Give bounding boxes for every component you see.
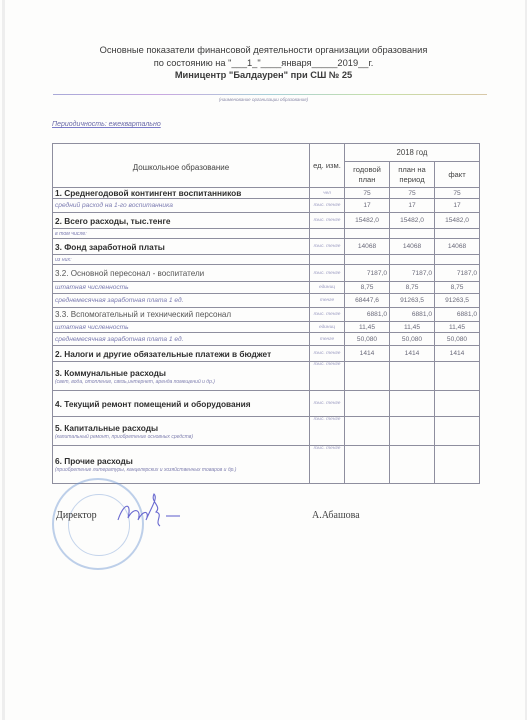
director-label: Директор	[56, 510, 97, 521]
table-row: 4. Текущий ремонт помещений и оборудован…	[53, 391, 480, 417]
row-label: 3.2. Основной пересонал - воспитатели	[53, 265, 310, 282]
cell-period	[390, 391, 435, 417]
cell-fact	[435, 362, 480, 391]
cell-fact: 75	[435, 188, 480, 199]
cell-period	[390, 229, 435, 239]
cell-annual	[345, 446, 390, 484]
cell-fact: 50,080	[435, 333, 480, 346]
cell-period: 50,080	[390, 333, 435, 346]
row-unit: единиц	[310, 322, 345, 333]
cell-fact: 14068	[435, 239, 480, 255]
header-fact: факт	[435, 162, 480, 188]
row-unit: тыс. тенге	[310, 239, 345, 255]
table-row: 3.2. Основной пересонал - воспитателитыс…	[53, 265, 480, 282]
row-label: 2. Налоги и другие обязательные платежи …	[53, 346, 310, 362]
row-label: 1. Среднегодовой контингент воспитаннико…	[53, 188, 310, 199]
cell-fact: 8,75	[435, 282, 480, 294]
cell-annual: 17	[345, 199, 390, 213]
row-label: штатная численность	[53, 282, 310, 294]
header-annual-plan: годовой план	[345, 162, 390, 188]
cell-period: 7187,0	[390, 265, 435, 282]
cell-fact: 15482,0	[435, 213, 480, 229]
cell-fact	[435, 417, 480, 446]
row-unit: тыс. тенге	[310, 199, 345, 213]
table-row: среднемесячная заработная плата 1 ед.тен…	[53, 333, 480, 346]
cell-annual: 1414	[345, 346, 390, 362]
row-unit: тыс. тенге	[310, 391, 345, 417]
cell-annual	[345, 391, 390, 417]
row-unit: тыс. тенге	[310, 417, 345, 446]
cell-annual: 75	[345, 188, 390, 199]
table-row: 3.3. Вспомогательный и технический персо…	[53, 308, 480, 322]
row-label: штатная численность	[53, 322, 310, 333]
row-label: 3. Коммунальные расходы(свет, вода, отоп…	[53, 362, 310, 391]
cell-annual: 68447,6	[345, 294, 390, 308]
director-name: А.Абашова	[312, 510, 360, 521]
cell-fact	[435, 229, 480, 239]
cell-annual: 11,45	[345, 322, 390, 333]
header-unit: ед. изм.	[310, 144, 345, 188]
cell-annual: 14068	[345, 239, 390, 255]
row-label: в том числе:	[53, 229, 310, 239]
table-row: из них:	[53, 255, 480, 265]
row-unit: тыс. тенге	[310, 362, 345, 391]
table-row: средний расход на 1-го воспитанникатыс. …	[53, 199, 480, 213]
cell-period: 75	[390, 188, 435, 199]
cell-fact: 17	[435, 199, 480, 213]
cell-period: 11,45	[390, 322, 435, 333]
row-label: 5. Капитальные расходы(капитальный ремон…	[53, 417, 310, 446]
row-label: из них:	[53, 255, 310, 265]
cell-period: 1414	[390, 346, 435, 362]
cell-period: 17	[390, 199, 435, 213]
title-line-1: Основные показатели финансовой деятельно…	[0, 44, 527, 57]
title-line-2: по состоянию на "___1_"____января_____20…	[0, 57, 527, 70]
table-row: в том числе:	[53, 229, 480, 239]
row-label: 3. Фонд заработной платы	[53, 239, 310, 255]
table-row: 6. Прочие расходы(приобретение литератур…	[53, 446, 480, 484]
table-row: 3. Коммунальные расходы(свет, вода, отоп…	[53, 362, 480, 391]
cell-fact: 6881,0	[435, 308, 480, 322]
header-name: Дошкольное образование	[53, 144, 310, 188]
org-name-caption: (наименование организации образования)	[0, 97, 527, 102]
cell-period: 15482,0	[390, 213, 435, 229]
row-note: (приобретение литературы, канцелярских и…	[55, 467, 307, 473]
financial-indicators-table: Дошкольное образование ед. изм. 2018 год…	[52, 143, 480, 484]
cell-annual	[345, 229, 390, 239]
row-label: средний расход на 1-го воспитанника	[53, 199, 310, 213]
row-unit: тыс. тенге	[310, 213, 345, 229]
row-unit: единиц	[310, 282, 345, 294]
cell-period	[390, 446, 435, 484]
table-row: 2. Всего расходы, тыс.тенгетыс. тенге154…	[53, 213, 480, 229]
cell-fact	[435, 446, 480, 484]
cell-fact	[435, 391, 480, 417]
cell-fact: 91263,5	[435, 294, 480, 308]
cell-annual	[345, 362, 390, 391]
row-unit: тыс. тенге	[310, 308, 345, 322]
page-edge-left	[2, 0, 5, 720]
row-unit: тенге	[310, 333, 345, 346]
row-label: 2. Всего расходы, тыс.тенге	[53, 213, 310, 229]
row-unit: чел	[310, 188, 345, 199]
cell-fact: 11,45	[435, 322, 480, 333]
cell-fact	[435, 255, 480, 265]
header-period-plan: план на период	[390, 162, 435, 188]
cell-annual: 50,080	[345, 333, 390, 346]
cell-annual: 15482,0	[345, 213, 390, 229]
cell-period: 91263,5	[390, 294, 435, 308]
table-row: 3. Фонд заработной платытыс. тенге140681…	[53, 239, 480, 255]
cell-period	[390, 417, 435, 446]
title-line-3: Миницентр "Балдаурен" при СШ № 25	[0, 69, 527, 82]
row-label: 4. Текущий ремонт помещений и оборудован…	[53, 391, 310, 417]
row-note: (свет, вода, отопление, связь,интернет, …	[55, 379, 307, 385]
cell-annual: 7187,0	[345, 265, 390, 282]
row-label: 3.3. Вспомогательный и технический персо…	[53, 308, 310, 322]
row-unit: тыс. тенге	[310, 265, 345, 282]
signature-icon	[114, 492, 194, 532]
row-unit: тыс. тенге	[310, 446, 345, 484]
periodicity-label: Периодичность: ежеквартально	[52, 121, 161, 128]
table-row: среднемесячная заработная плата 1 ед.тен…	[53, 294, 480, 308]
document-title: Основные показатели финансовой деятельно…	[0, 44, 527, 82]
table-row: штатная численностьединиц11,4511,4511,45	[53, 322, 480, 333]
cell-annual	[345, 417, 390, 446]
cell-period: 6881,0	[390, 308, 435, 322]
signature-block: Директор А.Абашова	[52, 490, 472, 600]
row-unit	[310, 255, 345, 265]
cell-annual	[345, 255, 390, 265]
row-note: (капитальный ремонт, приобретение основн…	[55, 434, 307, 440]
table-row: 1. Среднегодовой контингент воспитаннико…	[53, 188, 480, 199]
cell-period: 8,75	[390, 282, 435, 294]
org-name-underline	[53, 94, 487, 95]
cell-period	[390, 255, 435, 265]
cell-fact: 1414	[435, 346, 480, 362]
row-unit: тенге	[310, 294, 345, 308]
cell-annual: 8,75	[345, 282, 390, 294]
cell-fact: 7187,0	[435, 265, 480, 282]
cell-annual: 6881,0	[345, 308, 390, 322]
header-year: 2018 год	[345, 144, 480, 162]
table-row: 2. Налоги и другие обязательные платежи …	[53, 346, 480, 362]
row-unit	[310, 229, 345, 239]
cell-period: 14068	[390, 239, 435, 255]
table-row: 5. Капитальные расходы(капитальный ремон…	[53, 417, 480, 446]
row-label: среднемесячная заработная плата 1 ед.	[53, 333, 310, 346]
row-label: среднемесячная заработная плата 1 ед.	[53, 294, 310, 308]
table-row: штатная численностьединиц8,758,758,75	[53, 282, 480, 294]
table-body: 1. Среднегодовой контингент воспитаннико…	[53, 188, 480, 484]
cell-period	[390, 362, 435, 391]
row-unit: тыс. тенге	[310, 346, 345, 362]
